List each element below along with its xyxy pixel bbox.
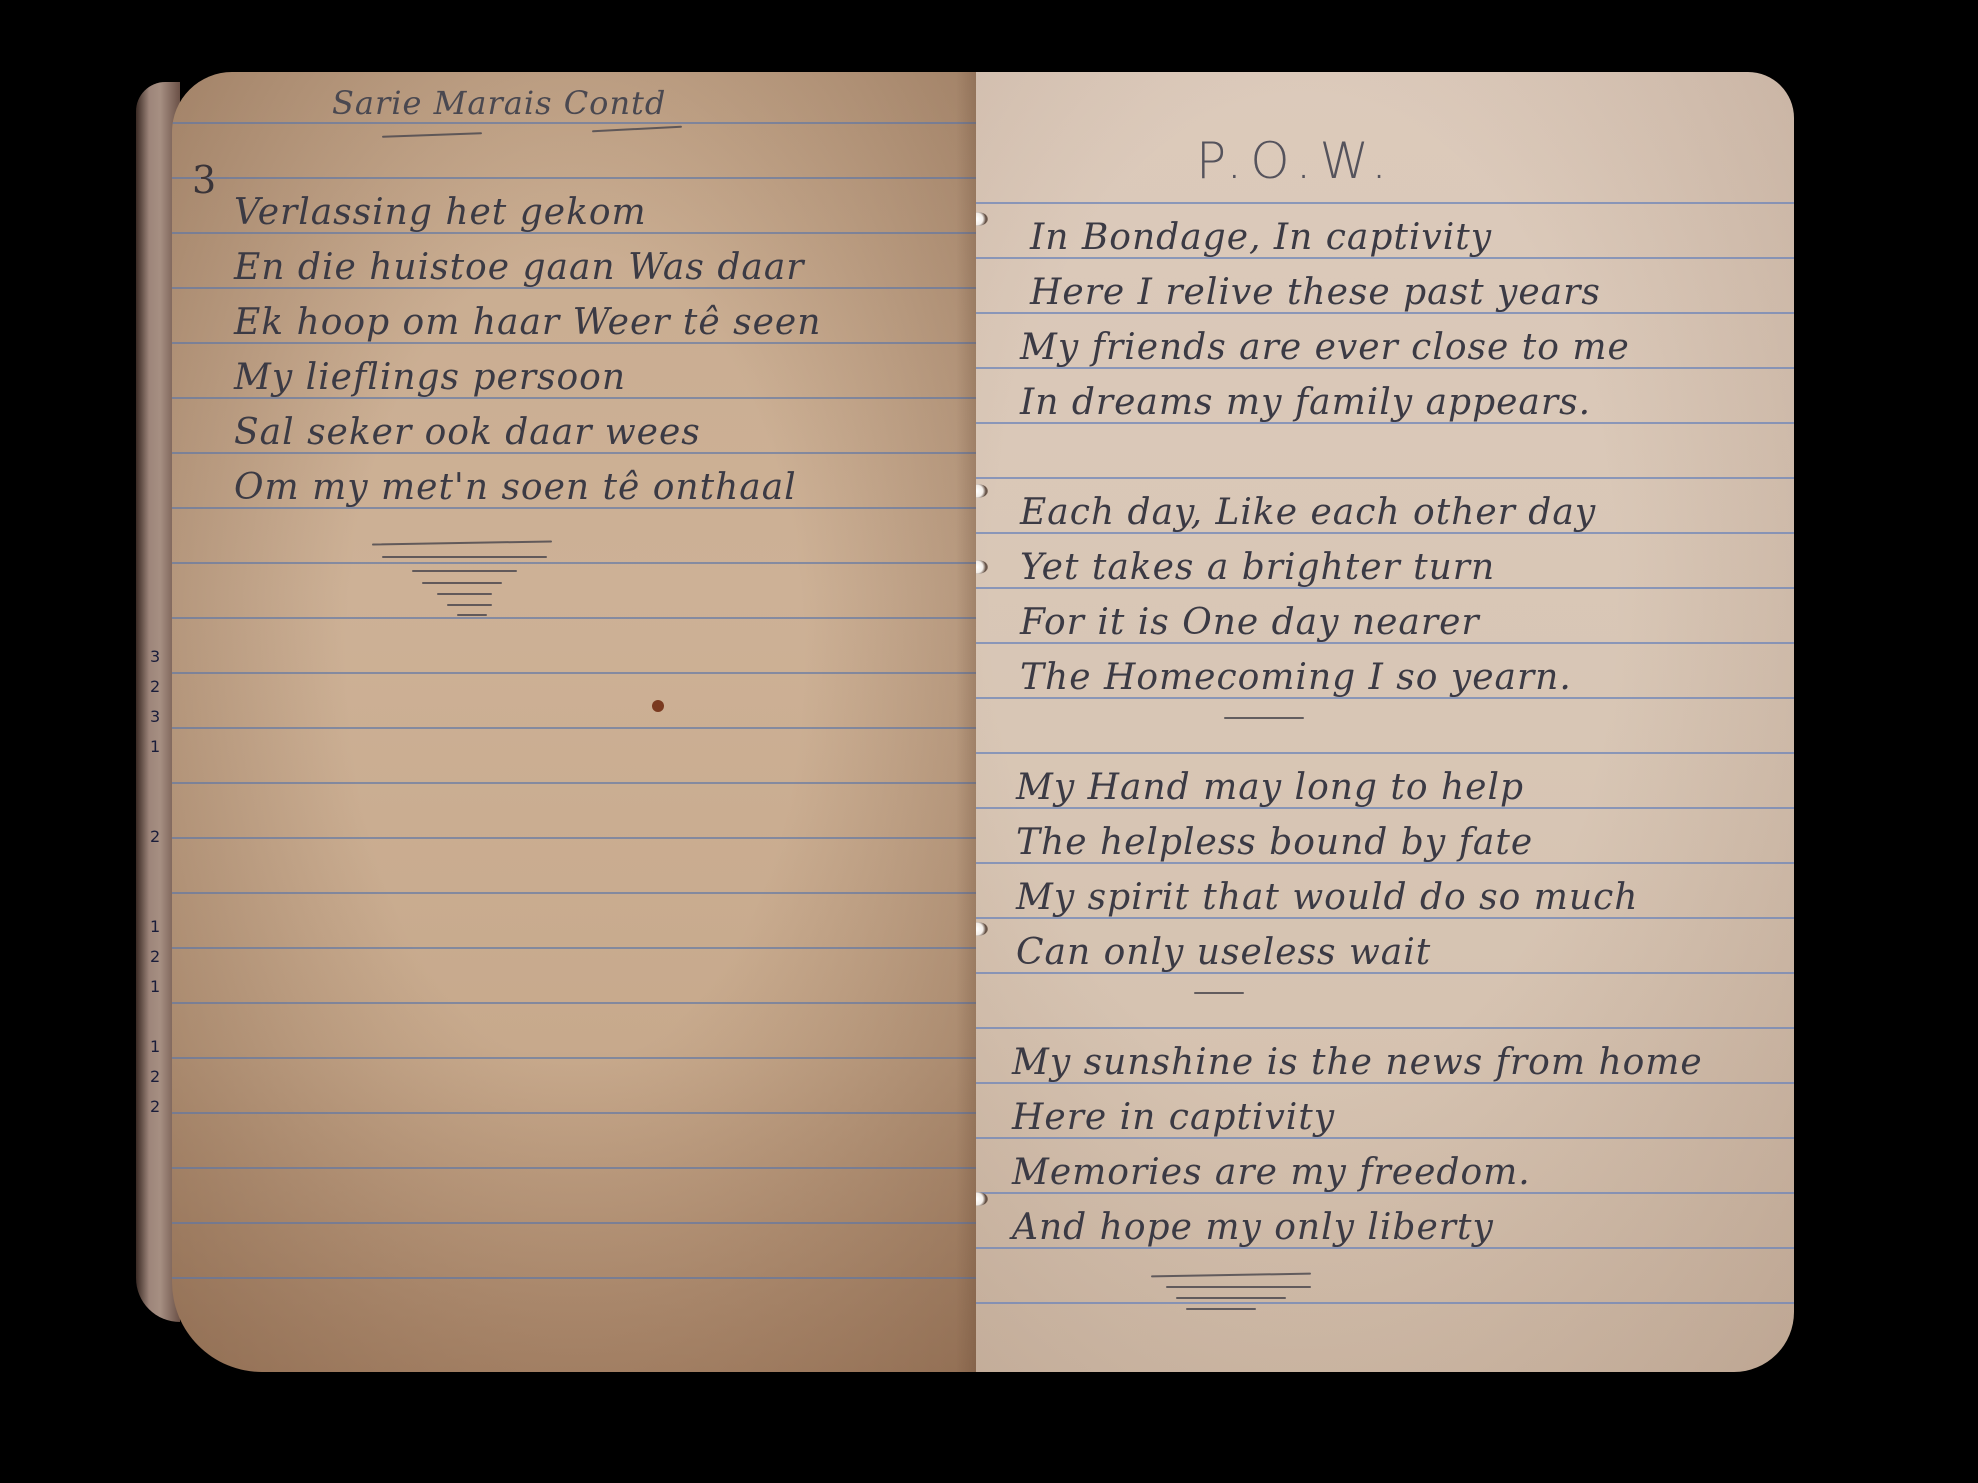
ruled-line: [172, 1277, 978, 1279]
poem-line: In Bondage, In captivity: [1030, 217, 1492, 258]
end-flourish-stroke: [437, 593, 492, 595]
poem-line: Here I relive these past years: [1030, 272, 1601, 313]
edge-tally-marks: 3 2 3 1 2 1 2 1 1 2 2: [150, 642, 164, 1182]
open-notebook: 3 2 3 1 2 1 2 1 1 2 2 Sarie Marais Contd…: [0, 0, 1978, 1483]
ruled-line: [172, 892, 978, 894]
binding-stitch-hole: [976, 212, 988, 226]
poem-line: For it is One day nearer: [1020, 602, 1480, 643]
poem-line: Here in captivity: [1012, 1097, 1335, 1138]
poem-line: My spirit that would do so much: [1016, 877, 1638, 918]
end-flourish-stroke: [1176, 1297, 1286, 1299]
binding-stitch-hole: [976, 484, 988, 498]
ruled-line: [172, 617, 978, 619]
poem-line: In dreams my family appears.: [1020, 382, 1591, 423]
poem-line: My friends are ever close to me: [1020, 327, 1630, 368]
binding-stitch-hole: [976, 560, 988, 574]
poem-line: Om my met'n soen tê onthaal: [234, 467, 797, 508]
ruled-line: [172, 1167, 978, 1169]
ruled-line: [172, 1002, 978, 1004]
poem-line: Can only useless wait: [1016, 932, 1431, 973]
poem-line: Ek hoop om haar Weer tê seen: [234, 302, 821, 343]
poem-line: Each day, Like each other day: [1020, 492, 1596, 533]
binding-stitch-hole: [976, 1192, 988, 1206]
end-flourish-stroke: [422, 582, 502, 584]
end-flourish-stroke: [412, 570, 517, 572]
page-number: 3: [192, 158, 217, 202]
ruled-line: [172, 1112, 978, 1114]
end-flourish-stroke: [457, 614, 487, 616]
ruled-line: [976, 202, 1794, 204]
poem-line: En die huistoe gaan Was daar: [234, 247, 805, 288]
ruled-line: [172, 1057, 978, 1059]
end-flourish-stroke: [372, 540, 552, 545]
ruled-line: [976, 752, 1794, 754]
right-page: P.O.W. In Bondage, In captivity Here I r…: [976, 72, 1794, 1372]
poem-line: My sunshine is the news from home: [1012, 1042, 1703, 1083]
poem-line: The Homecoming I so yearn.: [1020, 657, 1572, 698]
left-page-header: Sarie Marais Contd: [332, 84, 666, 122]
poem-line: The helpless bound by fate: [1016, 822, 1533, 863]
poem-line: Verlassing het gekom: [234, 192, 647, 233]
ruled-line: [172, 122, 978, 124]
end-flourish-stroke: [1186, 1308, 1256, 1310]
poem-line: And hope my only liberty: [1012, 1207, 1494, 1248]
poem-line: Memories are my freedom.: [1012, 1152, 1531, 1193]
poem-title: P.O.W.: [1196, 132, 1395, 190]
left-page: Sarie Marais Contd 3 Verlassing het geko…: [172, 72, 978, 1372]
poem-line: My lieflings persoon: [234, 357, 626, 398]
end-flourish-stroke: [447, 604, 492, 606]
ink-stain: [652, 700, 664, 712]
ruled-line: [976, 477, 1794, 479]
poem-line: My Hand may long to help: [1016, 767, 1524, 808]
end-flourish-stroke: [382, 556, 547, 558]
binding-stitch-hole: [976, 922, 988, 936]
ruled-line: [976, 1027, 1794, 1029]
word-underline: [1224, 717, 1304, 719]
end-flourish-stroke: [1151, 1273, 1311, 1278]
ruled-line: [172, 177, 978, 179]
ruled-line: [172, 947, 978, 949]
header-underline: [382, 132, 482, 137]
ruled-line: [172, 562, 978, 564]
poem-line: Sal seker ook daar wees: [234, 412, 701, 453]
header-underline: [592, 126, 682, 133]
end-flourish-stroke: [1166, 1286, 1311, 1288]
word-underline: [1194, 992, 1244, 994]
ruled-line: [976, 1302, 1794, 1304]
ruled-line: [172, 837, 978, 839]
poem-line: Yet takes a brighter turn: [1020, 547, 1495, 588]
ruled-line: [172, 1222, 978, 1224]
ruled-line: [172, 672, 978, 674]
ruled-line: [172, 727, 978, 729]
ruled-line: [172, 782, 978, 784]
